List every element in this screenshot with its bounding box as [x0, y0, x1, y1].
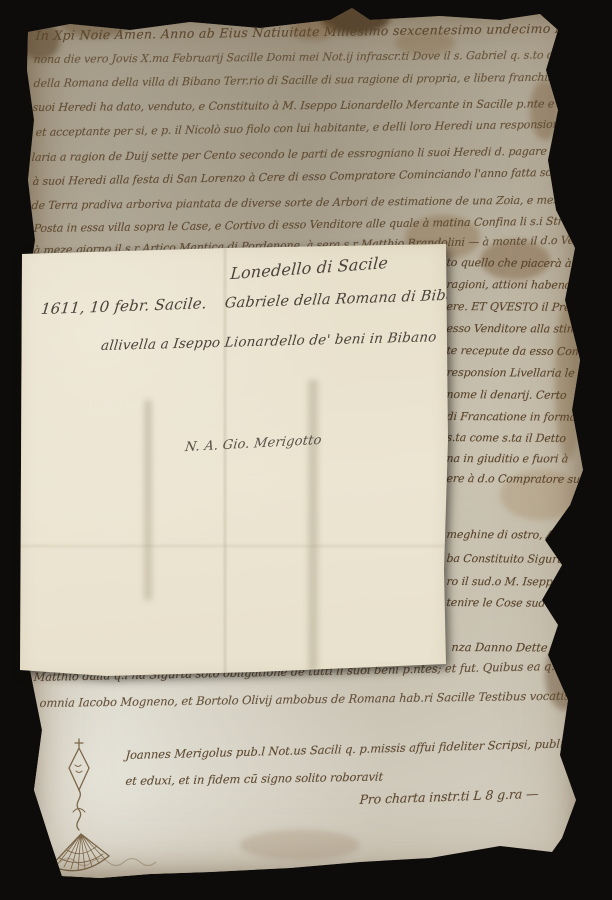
act-line: della Romana della villa di Bibano Terr.… [33, 70, 602, 90]
right-column-line: na in giuditio e fuori à [446, 452, 569, 465]
act-line: suoi Heredi ha dato, venduto, e Constitu… [32, 97, 612, 114]
note-grantor: Gabriele della Romana di Bibano [224, 287, 474, 312]
note-date-line: 1611, 10 febr. Sacile.Gabriele della Rom… [40, 285, 474, 318]
fee-note: Pro charta instr.ti L 8 g.ra — [359, 786, 539, 807]
right-column-line: tenire le Cose sudette [446, 596, 567, 610]
subscription-line: Joannes Merigolus pub.l Not.us Sacili q.… [125, 736, 587, 762]
right-column-line: nome li denarij. Certo [446, 388, 567, 402]
stain [240, 830, 360, 860]
act-line: laria a ragion de Duij sette per Cento s… [31, 143, 612, 164]
right-column-line: nza Danno Dette & [451, 640, 562, 655]
note-heading: Lonedello di Sacile [230, 253, 389, 283]
ink-showthrough [144, 400, 152, 600]
note-action-line: allivella a Iseppo Lionardello de' beni … [100, 329, 437, 354]
right-column-line: s.ta come s.ta il Detto [446, 431, 567, 445]
right-column-line: responsion Livellaria le [446, 366, 575, 380]
right-column-line: ba Constituito Sigurtà [446, 552, 569, 566]
note-notary-signature: N. A. Gio. Merigotto [184, 433, 322, 455]
right-column-line: to quello che piacerà à d. [446, 256, 586, 270]
act-line: In Xpi Noie Amen. Anno ab Eius Natiuitat… [35, 20, 612, 43]
right-column-line: ragioni, attioni habendo e [446, 278, 589, 292]
right-column-line: ere à d.o Compratore suoi [446, 472, 590, 486]
right-column-line: ere. ET QVESTO il Precio [446, 300, 587, 314]
note-crease [16, 545, 450, 547]
subscription-line: et eduxi, et in fidem cū signo solito ro… [125, 770, 384, 789]
right-column-line: ro il sud.o M. Iseppo [446, 575, 560, 588]
act-line: à suoi Heredi alla festa di San Lorenzo … [32, 164, 612, 188]
archival-note-paper: Lonedello di Sacile 1611, 10 febr. Sacil… [16, 240, 450, 680]
witness-line: omnia Iacobo Mogneno, et Bortolo Olivij … [39, 688, 612, 710]
faded-inscription [58, 852, 188, 868]
act-line: de Terra pradiva arboriva piantata de di… [31, 193, 610, 212]
right-column-line: meghine di ostro, A Gra- [446, 528, 582, 542]
act-line: nona die vero Jovis X.ma Februarij Sacil… [33, 48, 604, 66]
right-column-line: di Francatione in forma [446, 410, 577, 424]
note-date: 1611, 10 febr. Sacile. [40, 294, 208, 318]
right-column-line: te recepute da esso Com- [446, 344, 586, 358]
ink-showthrough [308, 380, 318, 670]
act-line: Posta in essa villa sopra le Case, e Cor… [33, 214, 612, 235]
act-line: et acceptante per si, e p. il Nicolò suo… [35, 117, 600, 139]
manuscript-photo: In Xpi Noie Amen. Anno ab Eius Natiuitat… [0, 0, 612, 900]
right-column-line: esso Venditore alla stima [446, 322, 584, 335]
